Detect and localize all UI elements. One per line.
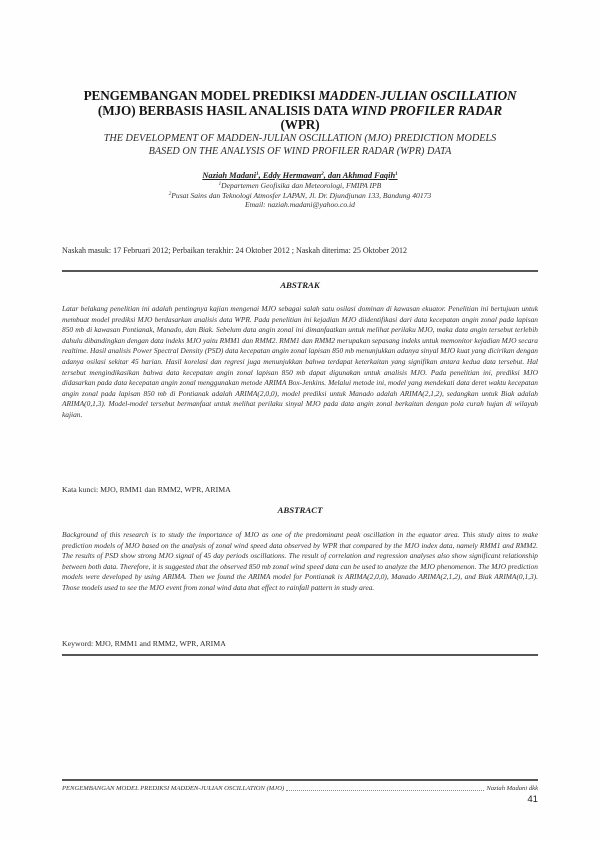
title-line-1: PENGEMBANGAN MODEL PREDIKSI MADDEN-JULIA… — [60, 89, 540, 104]
author-2: , Eddy Hermawan — [259, 171, 322, 180]
divider-after-keywords — [62, 654, 538, 656]
abstrak-heading: ABSTRAK — [60, 280, 540, 290]
title-line-3: (WPR) — [60, 118, 540, 133]
manuscript-history: Naskah masuk: 17 Februari 2012; Perbaika… — [62, 246, 542, 256]
paper-page: PENGEMBANGAN MODEL PREDIKSI MADDEN-JULIA… — [0, 0, 600, 841]
running-footer: PENGEMBANGAN MODEL PREDIKSI MADDEN-JULIA… — [62, 784, 538, 793]
page-number: 41 — [62, 794, 538, 805]
running-author: Naziah Madani dkk — [486, 784, 538, 793]
footer-divider — [62, 779, 538, 781]
author-1: Naziah Madani — [202, 171, 256, 180]
title-line-2: (MJO) BERBASIS HASIL ANALISIS DATA WIND … — [60, 104, 540, 119]
kata-kunci: Kata kunci: MJO, RMM1 dan RMM2, WPR, ARI… — [62, 485, 542, 495]
abstract-heading: ABSTRACT — [60, 505, 540, 515]
abstract-body: Background of this research is to study … — [62, 530, 538, 594]
divider-top — [62, 270, 538, 272]
keywords: Keyword: MJO, RMM1 and RMM2, WPR, ARIMA — [62, 639, 542, 649]
leader-dots — [286, 784, 484, 791]
abstrak-body: Latar belakang penelitian ini adalah pen… — [62, 304, 538, 421]
title-indonesian: PENGEMBANGAN MODEL PREDIKSI MADDEN-JULIA… — [60, 89, 540, 133]
running-title: PENGEMBANGAN MODEL PREDIKSI MADDEN-JULIA… — [62, 784, 284, 793]
author-3: , dan Akhmad Faqih — [324, 171, 395, 180]
author-email: Email: naziah.madani@yahoo.co.id — [60, 200, 540, 210]
title-english: THE DEVELOPMENT OF MADDEN-JULIAN OSCILLA… — [60, 133, 540, 158]
